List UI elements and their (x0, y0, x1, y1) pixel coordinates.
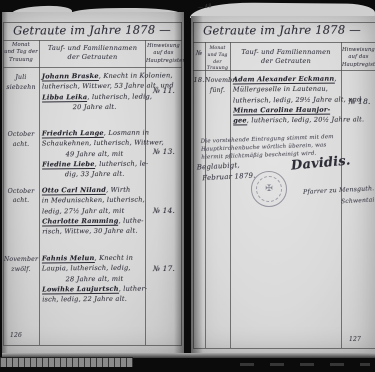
entry-text-line: lutherisch, Wittwer, 53 Jahre alt, und (42, 81, 147, 92)
page-number: 127 (349, 336, 361, 343)
entry-text-segment: ledig, 27½ Jahr alt, mit (42, 206, 124, 215)
entry-text-line: Schaukehnen, lutherisch, Wittwer, (42, 138, 147, 149)
entry-text-segment: , Losmann in (104, 129, 150, 137)
register-page-left: Getraute im Jahre 1878 — Monat und Tag d… (2, 12, 184, 353)
entry-text-segment: risch, Wittwe, 30 Jahre alt. (42, 226, 138, 235)
entry-text-line: Müllergeselle in Lautenau, (233, 84, 344, 95)
entry-text-line: 20 Jahre alt. (42, 101, 147, 112)
header-line: der Getrauten (40, 53, 145, 62)
month-line: October (3, 187, 39, 197)
entry-no-cell: 18. (193, 73, 205, 84)
person-name: Otto Carl Niland (42, 186, 106, 196)
header-line: Hauptregister (146, 58, 181, 65)
entry-text-segment: , Wirth (106, 185, 130, 193)
month-cell: Novemberzwölf. (3, 252, 39, 274)
record-number: № 14. (147, 184, 181, 215)
person-name: Adam Alexander Eckmann (233, 75, 335, 85)
register-entry: Octoberacht.Friedrich Lange, Losmann inS… (3, 127, 181, 179)
table-rule (181, 22, 182, 345)
register-entry: Novemberzwölf.Fahnis Melun, Knecht inLau… (3, 252, 181, 304)
table-rule (193, 348, 375, 349)
entry-text: Friedrich Lange, Losmann inSchaukehnen, … (39, 127, 147, 180)
entry-text-segment: 20 Jahre alt. (73, 103, 117, 111)
entries-left: JulisiebzehnJohann Braske, Knecht in Kol… (3, 68, 181, 305)
month-line: fünf. (205, 86, 230, 96)
entry-text-segment: , lutherisch, le- (95, 160, 149, 168)
entry-text-line: gee, lutherisch, ledig, 20½ Jahre alt. (233, 115, 344, 126)
entry-text-line: dig, 33 Jahre alt. (42, 169, 147, 180)
entry-text-segment: 28 Jahre alt, mit (66, 274, 124, 283)
table-rule (193, 22, 194, 348)
column-header-names: Tauf- und Familiennamen der Getrauten (231, 48, 341, 66)
person-name: Johann Braske (42, 72, 99, 81)
header-line: der Getrauten (231, 57, 341, 66)
month-line: November (3, 255, 39, 265)
entry-text-line: Libba Leika, lutherisch, ledig, (42, 91, 147, 102)
header-line: Trauung (3, 57, 39, 64)
entry-text-segment: , lutherisch, ledig, 20½ Jahre alt. (247, 116, 365, 125)
attestation-date: Februar 1879. (197, 170, 256, 184)
month-cell: Octoberacht. (3, 127, 39, 149)
header-line: und Tag der (3, 49, 39, 56)
person-name: Fiedine Liebe (42, 160, 95, 169)
entries-right: 18.Novembr.fünf.Adam Alexander Eckmann,M… (193, 71, 375, 125)
header-line: auf das (146, 50, 181, 57)
header-line: Monat (205, 46, 230, 53)
entry-text-segment: isch, ledig, 22 Jahre alt. (42, 295, 127, 304)
entry-text-segment: , luthe- (119, 216, 144, 224)
entry-text-segment: Müllergeselle in Lautenau, (233, 85, 328, 94)
header-line: Hauptregist. (342, 62, 375, 69)
column-header-names: Tauf- und Familiennamen der Getrauten (40, 44, 145, 62)
entry-text-line: ledig, 27½ Jahr alt, mit (42, 205, 147, 216)
person-name: Minna Caroline Haunjor- (233, 106, 330, 116)
entry-text-segment: , Knecht in Kolonien, (99, 71, 173, 80)
column-header-month: Monat und Tag der Trauung (205, 46, 230, 73)
month-line: October (3, 130, 39, 140)
entry-text-segment: , Knecht in (94, 254, 133, 262)
entry-text-line: in Medunischken, lutherisch, (42, 194, 147, 205)
person-name: Fahnis Melun (42, 254, 95, 263)
column-header-month: Monat und Tag der Trauung (3, 42, 39, 64)
register-entry: Octoberacht.Otto Carl Niland, Wirthin Me… (3, 184, 181, 236)
header-line: Tauf- und Familiennamen (231, 48, 341, 57)
person-name: Charlotte Ramming (42, 216, 119, 226)
column-header-remark: Hinweisung auf das Hauptregister (146, 43, 181, 65)
month-line: acht. (3, 196, 39, 206)
header-line: auf das (342, 54, 375, 61)
entry-text-segment: 49 Jahre alt, mit (66, 150, 124, 159)
entry-text-line: Charlotte Ramming, luthe- (42, 215, 147, 226)
entry-text-line: Lowihke Laujurtsch, luther- (42, 284, 147, 295)
entry-text-line: isch, ledig, 22 Jahre alt. (42, 294, 147, 305)
header-line: Tauf- und Familiennamen (40, 44, 145, 53)
entry-text-segment: , (334, 75, 336, 83)
register-entry: 18.Novembr.fünf.Adam Alexander Eckmann,M… (193, 73, 375, 125)
cross-icon: ✠ (265, 184, 273, 194)
month-line: acht. (3, 140, 39, 150)
table-rule (3, 345, 182, 346)
month-cell: Julisiebzehn (3, 70, 39, 92)
entry-text-segment: , luther- (119, 285, 148, 293)
column-header-number: № (193, 49, 205, 57)
month-line: Juli (3, 73, 39, 83)
entry-text-line: Fiedine Liebe, lutherisch, le- (42, 159, 147, 170)
entry-text-segment: , lutherisch, ledig, (87, 92, 152, 101)
register-entry: JulisiebzehnJohann Braske, Knecht in Kol… (3, 70, 181, 112)
entry-text-line: Fahnis Melun, Knecht in (42, 253, 147, 264)
entry-text: Fahnis Melun, Knecht inLaupia, lutherisc… (39, 252, 147, 305)
signature-title: Pfarrer zu Mensguth. (303, 185, 375, 196)
entry-text-segment: lutherisch, Wittwer, 53 Jahre alt, und (42, 82, 174, 91)
page-number: 126 (10, 332, 22, 339)
page-title: Getraute im Jahre 1878 — (3, 22, 181, 37)
attestation-place-date: Beglaubigt, Februar 1879. (196, 159, 255, 184)
entry-text-segment: lutherisch, ledig, 29½ Jahre alt, und (233, 95, 362, 104)
entry-text: Adam Alexander Eckmann,Müllergeselle in … (230, 73, 344, 126)
month-line: Novembr. (205, 76, 230, 86)
entry-text: Otto Carl Niland, Wirthin Medunischken, … (39, 183, 147, 236)
entry-text-line: Otto Carl Niland, Wirth (42, 184, 147, 195)
register-page-right: Getraute im Jahre 1878 — № Monat und Tag… (191, 16, 375, 353)
church-seal-stamp: ✠ (251, 171, 287, 207)
person-name: Libba Leika (42, 93, 87, 102)
entry-text-segment: Schaukehnen, lutherisch, Wittwer, (42, 139, 164, 148)
photo-ruler (0, 357, 133, 367)
entry-text: Johann Braske, Knecht in Kolonien,luther… (39, 70, 147, 113)
table-rule (3, 40, 182, 41)
entry-text-segment: Laupia, lutherisch, ledig, (42, 264, 131, 273)
header-line: und Tag der (205, 53, 230, 67)
entry-text-segment: dig, 33 Jahre alt. (65, 170, 125, 179)
record-number: № 17. (147, 252, 181, 273)
month-cell: Novembr.fünf. (205, 73, 230, 95)
person-name: Friedrich Lange (42, 129, 104, 139)
table-rule (193, 42, 375, 43)
entry-text-line: risch, Wittwe, 30 Jahre alt. (42, 225, 147, 236)
entry-text-segment: in Medunischken, lutherisch, (42, 196, 145, 205)
column-header-remark: Hinweisung auf das Hauptregist. (342, 47, 375, 69)
person-name: Lowihke Laujurtsch (42, 285, 119, 295)
signature-subtitle: Schwentainen. (341, 196, 375, 205)
month-cell: Octoberacht. (3, 184, 39, 206)
month-line: siebzehn (3, 83, 39, 93)
person-name: gee (233, 117, 247, 126)
page-title: Getraute im Jahre 1878 — (192, 22, 372, 37)
month-line: zwölf. (3, 265, 39, 275)
register-scan: — 48 Getraute im Jahre 1878 — Monat und … (0, 0, 375, 372)
scan-artifact-dashes (240, 363, 370, 366)
